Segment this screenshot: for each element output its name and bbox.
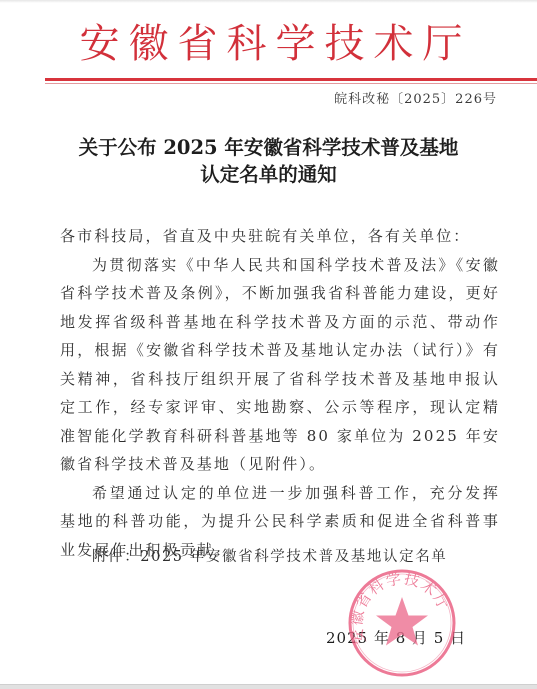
official-seal-icon: 安徽省科学技术厅 xyxy=(346,567,458,679)
document-number: 皖科改秘〔2025〕226号 xyxy=(334,88,497,107)
letterhead-divider-thin xyxy=(45,83,537,84)
letterhead-title: 安徽省科学技术厅 xyxy=(0,18,537,70)
top-edge-shade xyxy=(0,0,537,3)
notice-body: 各市科技局，省直及中央驻皖有关单位，各有关单位： 为贯彻落实《中华人民共和国科学… xyxy=(60,222,500,564)
notice-title-line-2: 认定名单的通知 xyxy=(0,161,537,188)
page-bottom-bar xyxy=(0,684,537,689)
seal-star-icon xyxy=(376,597,428,646)
attachment-line: 附件：2025 年安徽省科学技术普及基地认定名单 xyxy=(92,545,447,566)
notice-title: 关于公布 2025 年安徽省科学技术普及基地 认定名单的通知 xyxy=(0,134,537,188)
notice-title-line-1: 关于公布 2025 年安徽省科学技术普及基地 xyxy=(0,134,537,161)
body-paragraph-1: 为贯彻落实《中华人民共和国科学技术普及法》《安徽省科学技术普及条例》，不断加强我… xyxy=(60,251,500,479)
salutation: 各市科技局，省直及中央驻皖有关单位，各有关单位： xyxy=(60,222,500,251)
letterhead-divider-thick xyxy=(45,78,537,81)
